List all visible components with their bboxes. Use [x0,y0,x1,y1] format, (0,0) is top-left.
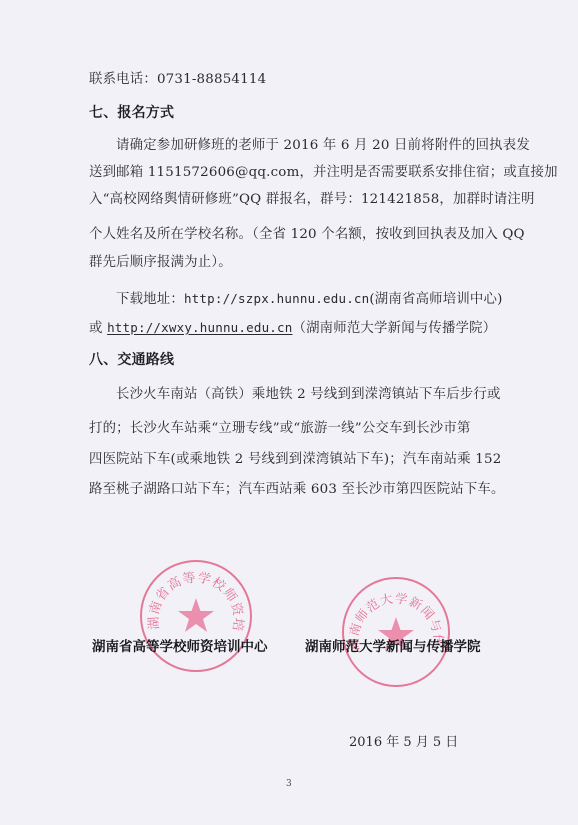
section-heading-transport: 八、交通路线 [89,350,174,370]
download-line-2: 或 http://xwxy.hunnu.edu.cn（湖南师范大学新闻与传播学院… [89,318,496,339]
registration-paragraph-line: 群先后顺序报满为止）。 [89,253,232,273]
official-seal-training-center: 湖南省高等学校师资培训中心 [140,560,252,672]
signature-training-center: 湖南省高等学校师资培训中心 [92,635,268,655]
or-label: 或 [89,321,107,336]
download-url-xwxy-link[interactable]: http://xwxy.hunnu.edu.cn [107,320,292,335]
registration-paragraph-line: 入“高校网络舆情研修班”QQ 群报名，群号：121421858，加群时请注明 [89,190,535,210]
registration-paragraph-line: 个人姓名及所在学校名称。（全省 120 个名额，按收到回执表及加入 QQ [89,225,525,245]
download-url-szpx[interactable]: http://szpx.hunnu.edu.cn [184,291,369,306]
registration-paragraph-line: 送到邮箱 1151572606@qq.com，并注明是否需要联系安排住宿；或直接… [89,163,558,183]
registration-paragraph-line: 请确定参加研修班的老师于 2016 年 6 月 20 日前将附件的回执表发 [116,136,530,156]
download-label: 下载地址： [116,292,184,307]
official-seal-journalism-school: 湖南师范大学新闻与传播学院 [342,577,450,687]
signature-journalism-school: 湖南师范大学新闻与传播学院 [305,635,481,655]
transport-paragraph-line: 路至桃子湖路口站下车；汽车西站乘 603 至长沙市第四医院站下车。 [89,480,505,500]
transport-paragraph-line: 四医院站下车(或乘地铁 2 号线到到溁湾镇站下车)；汽车南站乘 152 [89,450,501,470]
section-heading-registration: 七、报名方式 [89,103,174,123]
download-url-szpx-note: (湖南省高师培训中心) [369,292,502,307]
download-line: 下载地址：http://szpx.hunnu.edu.cn(湖南省高师培训中心) [116,289,503,310]
page-number: 3 [286,779,292,789]
document-page: 联系电话：0731-88854114 七、报名方式 请确定参加研修班的老师于 2… [0,0,578,825]
star-icon [178,598,214,632]
download-url-xwxy-note: （湖南师范大学新闻与传播学院） [292,321,496,336]
contact-phone: 联系电话：0731-88854114 [89,70,266,90]
transport-paragraph-line: 长沙火车南站（高铁）乘地铁 2 号线到到溁湾镇站下车后步行或 [116,385,501,405]
transport-paragraph-line: 打的；长沙火车站乘“立珊专线”或“旅游一线”公交车到长沙市第 [89,419,471,439]
document-date: 2016 年 5 月 5 日 [349,731,458,750]
